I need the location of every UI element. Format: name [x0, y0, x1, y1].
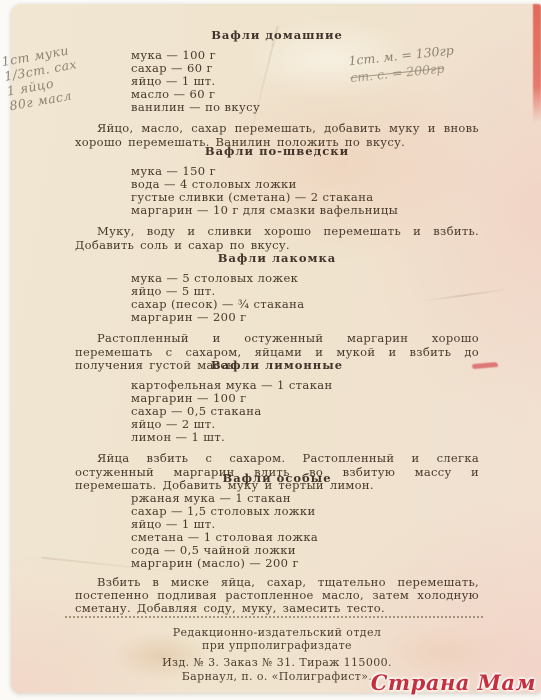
recipe-section-domashnie: Вафли домашние мука — 100 г сахар — 60 г… [75, 29, 479, 149]
ingredient-line: лимон — 1 шт. [131, 431, 479, 444]
printed-text-block: Вафли домашние мука — 100 г сахар — 60 г… [11, 4, 541, 693]
scanned-recipe-page: { "recipes": [ { "title": "Вафли домашни… [0, 0, 541, 700]
imprint-line: Изд. № 3. Заказ № 31. Тираж 115000. [75, 656, 479, 669]
ingredient-line: маргарин (масло) — 200 г [131, 557, 479, 570]
recipe-title: Вафли лимонные [75, 359, 479, 372]
recipe-title: Вафли лакомка [75, 252, 479, 265]
ingredient-line: маргарин — 200 г [131, 311, 479, 324]
ingredient-list: ржаная мука — 1 стакан сахар — 1,5 столо… [131, 492, 479, 570]
recipe-section-lakomka: Вафли лакомка мука — 5 столовых ложек яй… [75, 252, 479, 373]
recipe-section-osobye: Вафли особые ржаная мука — 1 стакан саха… [75, 472, 479, 615]
recipe-instructions: Муку, воду и сливки хорошо перемешать и … [75, 225, 479, 252]
paper-sheet: 1ст муки 1/3ст. сах 1 яйцо 80г масл 1ст.… [11, 4, 541, 693]
ingredient-list: мука — 100 г сахар — 60 г яйцо — 1 шт. м… [131, 49, 479, 114]
ingredient-list: мука — 150 г вода — 4 столовых ложки гус… [131, 165, 479, 217]
recipe-instructions: Взбить в миске яйца, сахар, тщательно пе… [75, 576, 479, 615]
ingredient-line: ванилин — по вкусу [131, 101, 479, 114]
dotted-divider [65, 616, 483, 618]
ingredient-list: картофельная мука — 1 стакан маргарин — … [131, 379, 479, 444]
ingredient-list: мука — 5 столовых ложек яйцо — 5 шт. сах… [131, 272, 479, 324]
recipe-title: Вафли домашние [75, 29, 479, 42]
recipe-section-po-shvedski: Вафли по-шведски мука — 150 г вода — 4 с… [75, 145, 479, 252]
imprint-line: Редакционно-издательский отдел [75, 626, 479, 639]
recipe-title: Вафли особые [75, 472, 479, 485]
strana-mam-watermark: Страна Мам [371, 670, 536, 695]
recipe-title: Вафли по-шведски [75, 145, 479, 158]
imprint-line: при упрполиграфиздате [75, 639, 479, 652]
ingredient-line: маргарин — 10 г для смазки вафельницы [131, 204, 479, 217]
